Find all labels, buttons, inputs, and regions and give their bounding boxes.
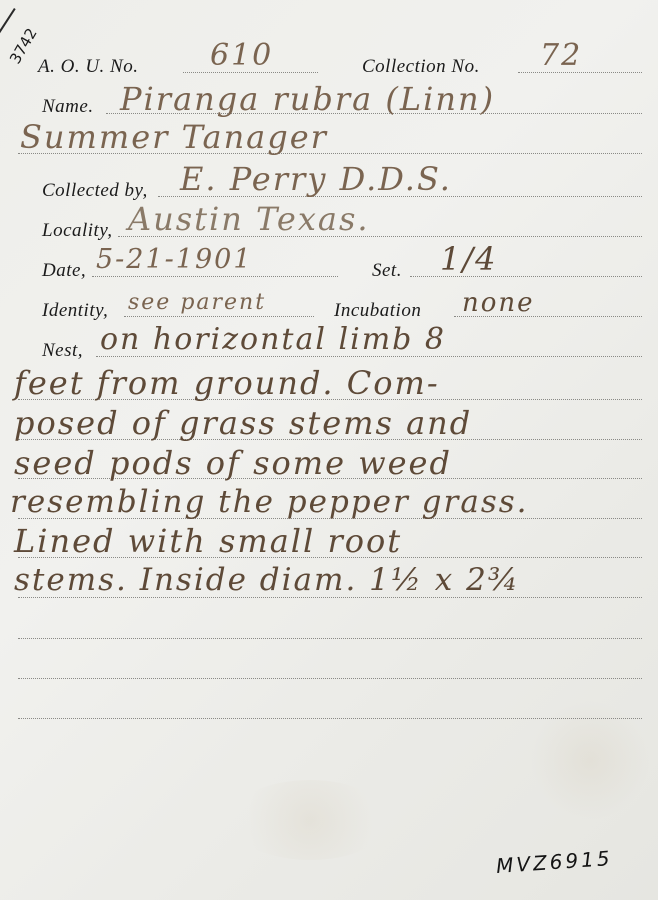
aou-no-label: A. O. U. No.	[38, 56, 138, 78]
name-label: Name.	[42, 96, 94, 118]
nest-label: Nest,	[42, 340, 83, 362]
date-label: Date,	[42, 260, 86, 282]
collection-no-label: Collection No.	[362, 56, 480, 78]
collection-no-value: 72	[540, 38, 582, 73]
corner-number: 3742	[6, 25, 41, 67]
collected-by-value: E. Perry D.D.S.	[180, 160, 452, 198]
nest-line-4: seed pods of some weed	[14, 444, 452, 482]
incubation-value: none	[462, 288, 535, 318]
locality-label: Locality,	[42, 220, 112, 242]
empty-rule	[18, 678, 642, 679]
aou-no-value: 610	[210, 38, 273, 73]
collected-by-label: Collected by,	[42, 180, 148, 202]
date-rule	[92, 276, 338, 277]
catalog-number: MVZ6915	[495, 846, 613, 878]
egg-set-data-card: 3742 A. O. U. No. 610 Collection No. 72 …	[0, 0, 658, 900]
identity-rule	[124, 316, 314, 317]
corner-slash-mark	[0, 8, 15, 74]
date-value: 5-21-1901	[96, 244, 253, 275]
paper-stain	[230, 780, 390, 860]
identity-value: see parent	[128, 290, 266, 315]
identity-label: Identity,	[42, 300, 108, 322]
nest-line-5: resembling the pepper grass.	[10, 484, 529, 520]
incubation-label: Incubation	[334, 300, 421, 322]
nest-line-6: Lined with small root	[14, 522, 402, 560]
name-scientific-value: Piranga rubra (Linn)	[120, 80, 495, 118]
name-common-value: Summer Tanager	[20, 118, 328, 156]
empty-rule	[18, 718, 642, 719]
nest-line-7: stems. Inside diam. 1½ x 2¾	[14, 562, 520, 598]
empty-rule	[18, 638, 642, 639]
nest-line-1: on horizontal limb 8	[100, 322, 446, 357]
set-value: 1/4	[440, 240, 498, 278]
locality-value: Austin Texas.	[128, 200, 370, 238]
nest-line-3: posed of grass stems and	[14, 404, 472, 442]
set-label: Set.	[372, 260, 402, 282]
nest-line-2: feet from ground. Com-	[14, 364, 440, 402]
